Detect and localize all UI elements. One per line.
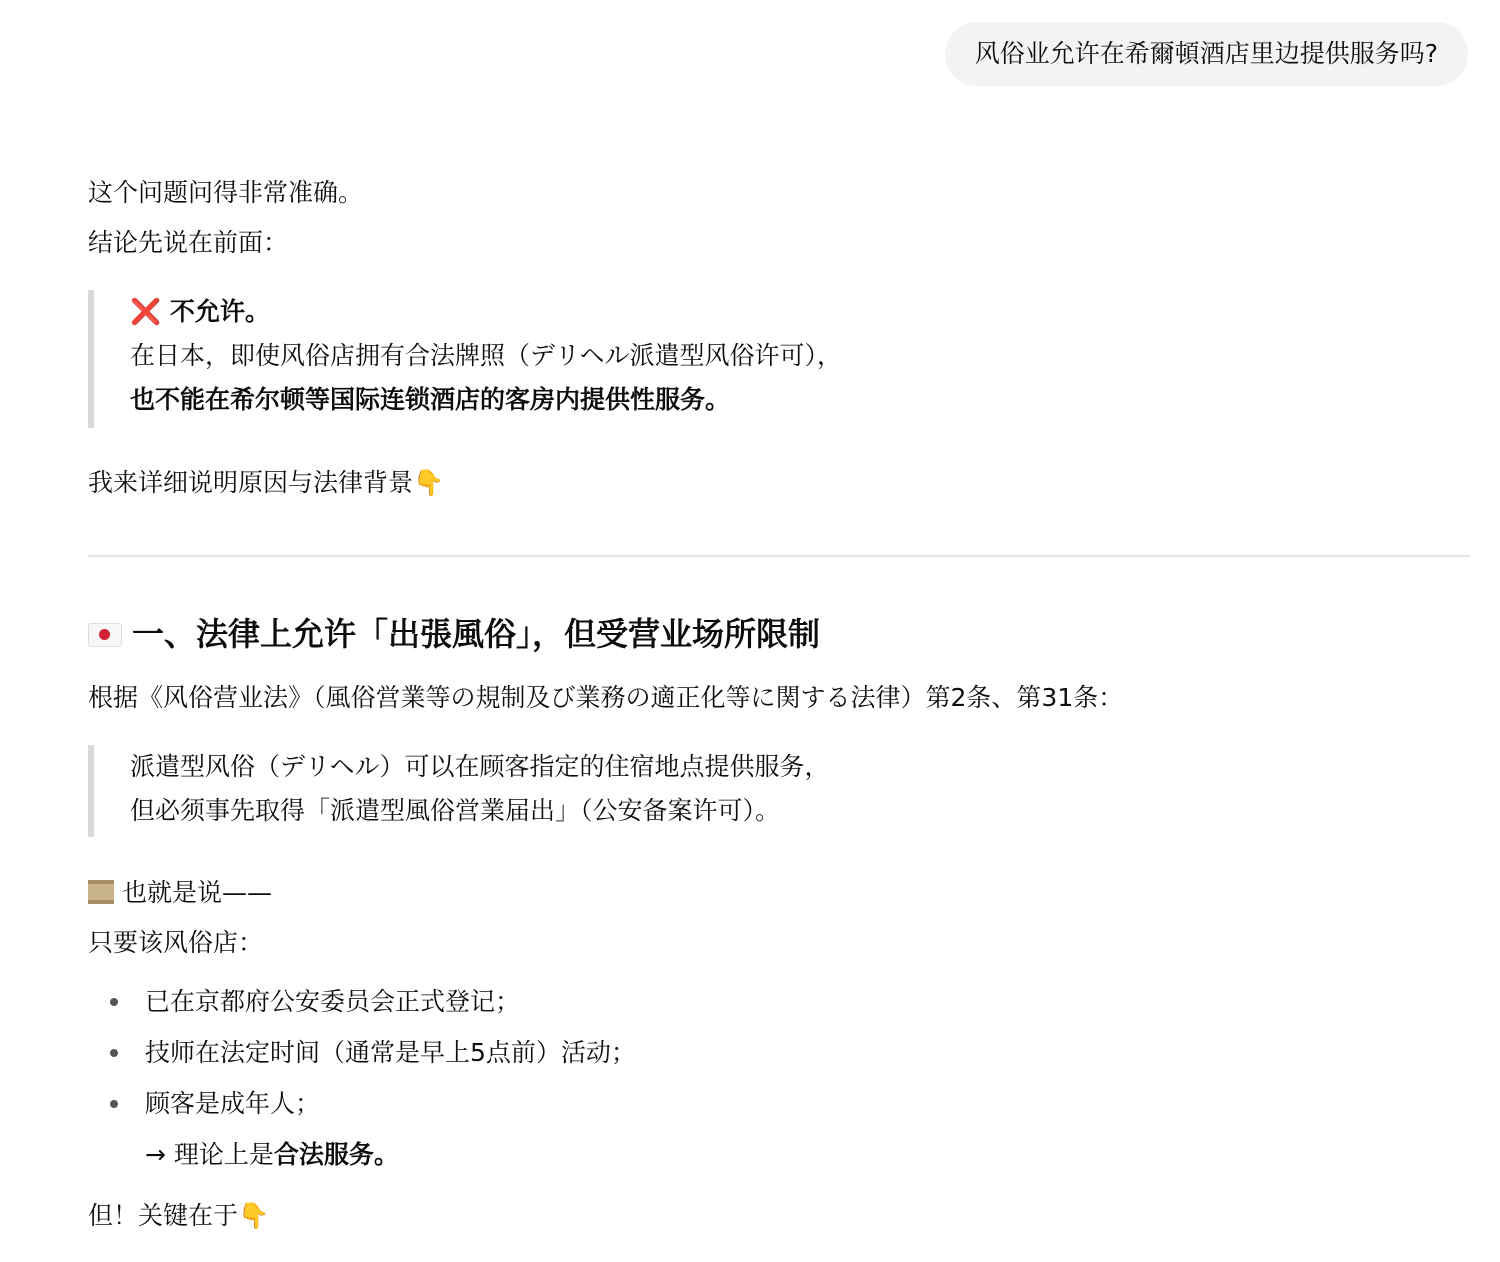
condition-list: 已在京都府公安委员会正式登记； 技师在法定时间（通常是早上5点前）活动； 顾客是… xyxy=(88,980,636,1184)
that-is-text: 也就是说—— xyxy=(122,878,272,907)
explain-lead-text: 我来详细说明原因与法律背景 xyxy=(88,468,413,497)
verdict-title: 不允许。 xyxy=(170,297,270,326)
section-divider xyxy=(88,555,1470,557)
bullet-icon xyxy=(110,998,118,1006)
scroll-icon xyxy=(88,880,114,904)
bullet-icon xyxy=(110,1049,118,1057)
intro-line-1: 这个问题问得非常准确。 xyxy=(88,175,363,211)
but-key-line: 但！关键在于👇 xyxy=(88,1198,269,1234)
bullet-icon xyxy=(110,1100,118,1108)
law-quote-line-2: 但必须事先取得「派遣型風俗営業届出」（公安备案许可）。 xyxy=(130,789,830,833)
condition-lead: 只要该风俗店： xyxy=(88,925,263,961)
law-blockquote: 派遣型风俗（デリヘル）可以在顾客指定的住宿地点提供服务， 但必须事先取得「派遣型… xyxy=(88,745,830,837)
list-item: 技师在法定时间（通常是早上5点前）活动； xyxy=(88,1031,636,1082)
pointing-down-icon: 👇 xyxy=(238,1201,269,1230)
section-heading: 一、法律上允许「出張風俗」，但受营业场所限制 xyxy=(88,612,820,656)
list-item: 已在京都府公安委员会正式登记； xyxy=(88,980,636,1031)
list-item-text: 顾客是成年人； xyxy=(145,1089,320,1118)
intro-line-2: 结论先说在前面： xyxy=(88,225,288,261)
list-item-text: 已在京都府公安委员会正式登记； xyxy=(145,987,520,1016)
cross-mark-icon: ❌ xyxy=(130,297,161,326)
law-quote-line-1: 派遣型风俗（デリヘル）可以在顾客指定的住宿地点提供服务， xyxy=(130,745,830,789)
pointing-down-icon: 👇 xyxy=(413,468,444,497)
list-item: 顾客是成年人； xyxy=(88,1082,636,1133)
conclusion-bold: 合法服务。 xyxy=(274,1140,399,1169)
user-message-bubble: 风俗业允许在希爾頓酒店里边提供服务吗? xyxy=(945,22,1468,86)
but-key-text: 但！关键在于 xyxy=(88,1201,238,1230)
verdict-blockquote: ❌ 不允许。 在日本，即使风俗店拥有合法牌照（デリヘル派遣型风俗许可）， 也不能… xyxy=(88,290,842,428)
conclusion-prefix: → 理论上是 xyxy=(145,1140,274,1169)
user-message-text: 风俗业允许在希爾頓酒店里边提供服务吗? xyxy=(975,39,1438,68)
section-title: 一、法律上允许「出張風俗」，但受营业场所限制 xyxy=(132,615,820,653)
japan-flag-icon xyxy=(88,623,122,647)
explain-lead: 我来详细说明原因与法律背景👇 xyxy=(88,465,444,501)
law-intro: 根据《风俗营业法》（風俗営業等の規制及び業務の適正化等に関する法律）第2条、第3… xyxy=(88,680,1123,716)
list-item-text: 技师在法定时间（通常是早上5点前）活动； xyxy=(145,1038,636,1067)
verdict-line-2: 在日本，即使风俗店拥有合法牌照（デリヘル派遣型风俗许可）， xyxy=(130,334,842,378)
that-is-line: 也就是说—— xyxy=(88,875,272,911)
verdict-line-3: 也不能在希尔顿等国际连锁酒店的客房内提供性服务。 xyxy=(130,378,842,422)
list-item-continuation: → 理论上是合法服务。 xyxy=(88,1133,636,1184)
